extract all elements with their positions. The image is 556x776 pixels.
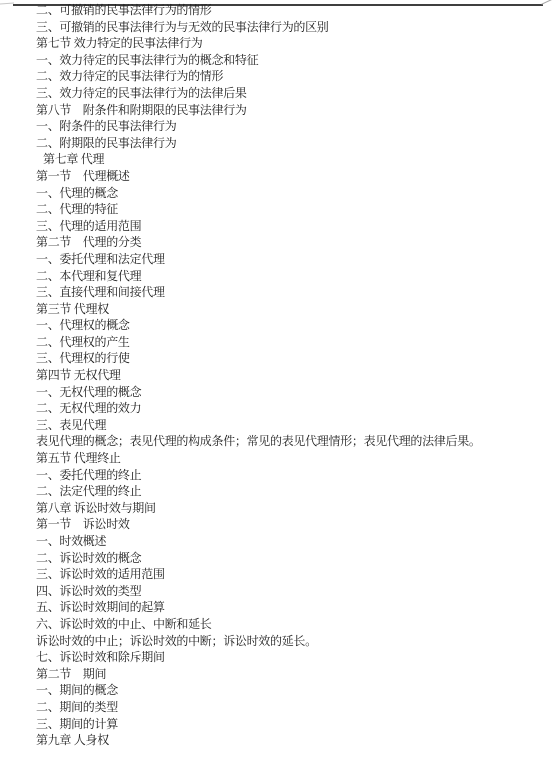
- toc-item: 二、本代理和复代理: [0, 268, 556, 285]
- toc-item: 四、诉讼时效的类型: [0, 583, 556, 600]
- toc-item: 二、无权代理的效力: [0, 400, 556, 417]
- toc-item: 一、期间的概念: [0, 682, 556, 699]
- toc-section-heading: 第八节 附条件和附期限的民事法律行为: [0, 102, 556, 119]
- document-page: 二、可撤销的民事法律行为的情形三、可撤销的民事法律行为与无效的民事法律行为的区别…: [0, 0, 556, 776]
- toc-section-heading: 第三节 代理权: [0, 301, 556, 318]
- toc-item: 五、诉讼时效期间的起算: [0, 599, 556, 616]
- toc-item: 三、直接代理和间接代理: [0, 284, 556, 301]
- toc-item: 七、诉讼时效和除斥期间: [0, 649, 556, 666]
- toc-item: 二、代理权的产生: [0, 334, 556, 351]
- toc-item: 二、期间的类型: [0, 699, 556, 716]
- toc-item: 一、无权代理的概念: [0, 384, 556, 401]
- toc-chapter-heading: 第九章 人身权: [0, 732, 556, 749]
- toc-item: 一、代理权的概念: [0, 317, 556, 334]
- toc-item: 二、诉讼时效的概念: [0, 550, 556, 567]
- toc-section-heading: 第一节 诉讼时效: [0, 516, 556, 533]
- toc-section-heading: 第四节 无权代理: [0, 367, 556, 384]
- toc-item: 二、附期限的民事法律行为: [0, 135, 556, 152]
- toc-item: 二、法定代理的终止: [0, 483, 556, 500]
- toc-section-heading: 第七节 效力特定的民事法律行为: [0, 35, 556, 52]
- toc-item: 二、代理的特征: [0, 201, 556, 218]
- toc-item: 三、期间的计算: [0, 716, 556, 733]
- toc-section-heading: 第五节 代理终止: [0, 450, 556, 467]
- toc-section-heading: 第二节 代理的分类: [0, 234, 556, 251]
- toc-item: 三、表见代理: [0, 417, 556, 434]
- toc-item: 一、效力待定的民事法律行为的概念和特征: [0, 52, 556, 69]
- toc-lines: 二、可撤销的民事法律行为的情形三、可撤销的民事法律行为与无效的民事法律行为的区别…: [0, 2, 556, 749]
- toc-paragraph: 表见代理的概念；表见代理的构成条件；常见的表见代理情形；表见代理的法律后果。: [0, 433, 556, 450]
- toc-item: 二、可撤销的民事法律行为的情形: [0, 2, 556, 19]
- toc-item: 一、代理的概念: [0, 185, 556, 202]
- toc-section-heading: 第一节 代理概述: [0, 168, 556, 185]
- toc-paragraph: 诉讼时效的中止；诉讼时效的中断；诉讼时效的延长。: [0, 633, 556, 650]
- toc-item: 一、附条件的民事法律行为: [0, 118, 556, 135]
- toc-chapter-heading: 第七章 代理: [0, 151, 556, 168]
- toc-item: 一、时效概述: [0, 533, 556, 550]
- toc-item: 一、委托代理的终止: [0, 467, 556, 484]
- toc-item: 一、委托代理和法定代理: [0, 251, 556, 268]
- toc-item: 二、效力待定的民事法律行为的情形: [0, 68, 556, 85]
- toc-item: 三、效力待定的民事法律行为的法律后果: [0, 85, 556, 102]
- toc-item: 三、可撤销的民事法律行为与无效的民事法律行为的区别: [0, 19, 556, 36]
- toc-section-heading: 第二节 期间: [0, 666, 556, 683]
- toc-item: 六、诉讼时效的中止、中断和延长: [0, 616, 556, 633]
- toc-item: 三、代理的适用范围: [0, 218, 556, 235]
- toc-chapter-heading: 第八章 诉讼时效与期间: [0, 500, 556, 517]
- toc-item: 三、诉讼时效的适用范围: [0, 566, 556, 583]
- toc-item: 三、代理权的行使: [0, 350, 556, 367]
